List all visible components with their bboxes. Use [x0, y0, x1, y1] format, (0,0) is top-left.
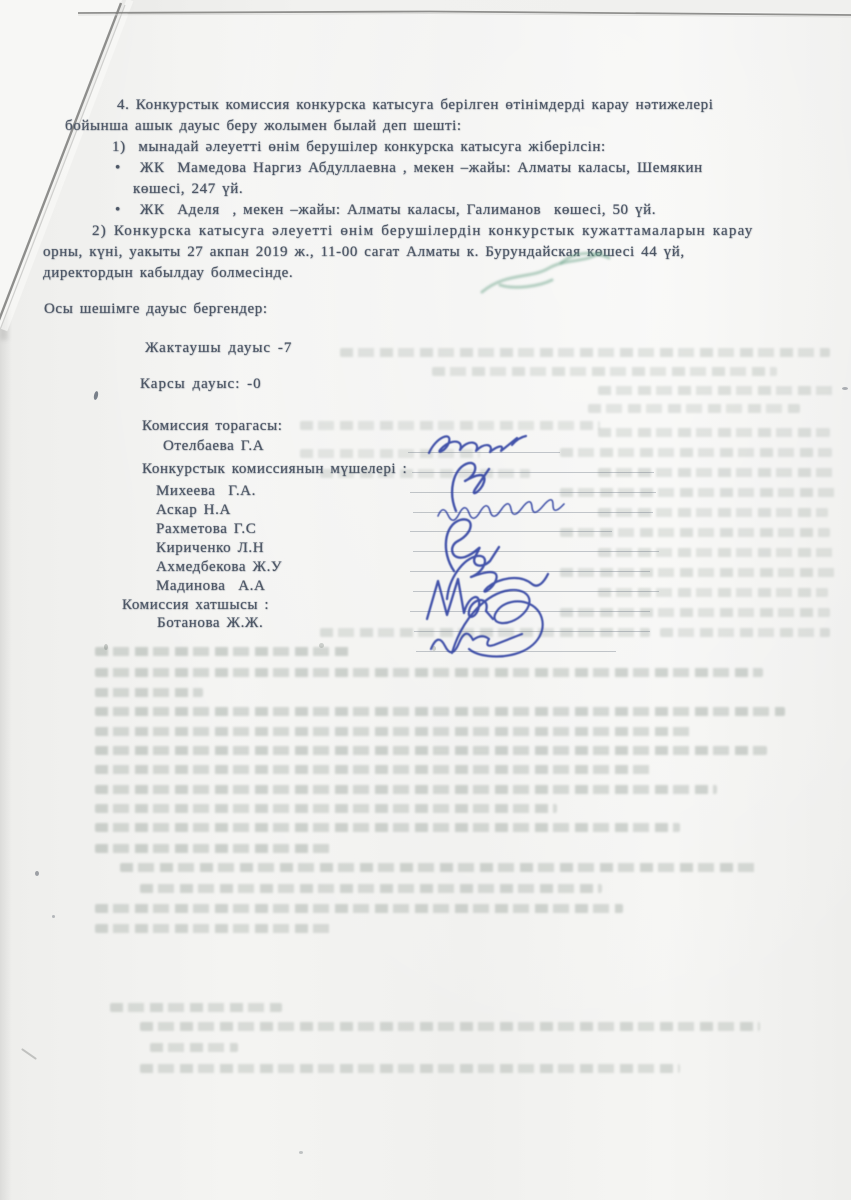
paragraph-line: 1) мынадай әлеуетті өнім берушілер конку… [112, 139, 606, 156]
bullet-supplier-line-continued: көшесі, 247 үй. [133, 181, 243, 198]
signature-rule-line [410, 571, 650, 572]
bleed-through-line [560, 608, 830, 617]
signature-rule-line [414, 631, 650, 632]
chair-name: Отелбаева Г.А [163, 438, 264, 455]
signature-member-5 [427, 579, 493, 619]
signature-rule-line [412, 472, 654, 473]
paragraph-line: директордын кабылдау болмесінде. [43, 265, 293, 282]
ink-speck [52, 915, 55, 918]
bullet-supplier-line: • ЖК Мамедова Наргиз Абдуллаевна , мекен… [115, 160, 703, 177]
signature-rule-line [410, 611, 650, 612]
bleed-through-line [95, 765, 655, 774]
bleed-through-line [150, 1043, 238, 1052]
bleed-through-line [300, 421, 600, 430]
scanned-document-page: 4. Конкурстык комиссия конкурска катысуг… [0, 0, 851, 1200]
page-top-edge-line [78, 12, 851, 16]
voting-intro: Осы шешімге дауыс бергендер: [44, 301, 268, 318]
signature-rule-line [408, 452, 560, 453]
secretary-label: Комиссия хатшысы : [122, 597, 269, 614]
member-name: Кириченко Л.Н [156, 540, 264, 557]
signature-rule-line [413, 551, 659, 552]
bleed-through-line [598, 428, 830, 437]
bleed-through-line [95, 924, 333, 933]
members-label: Конкурстык комиссиянын мүшелері : [142, 461, 407, 478]
ink-speck [299, 1151, 303, 1154]
bleed-through-line [95, 688, 203, 697]
ink-speck [842, 387, 848, 390]
ink-speck [93, 391, 99, 401]
bleed-through-line [560, 448, 832, 457]
bleed-through-line [560, 528, 830, 537]
bleed-through-line [95, 823, 680, 832]
votes-for: Жактаушы дауыс -7 [145, 340, 292, 357]
crease-line [0, 3, 121, 333]
bleed-through-line [95, 904, 623, 913]
scan-left-edge-shadow [0, 0, 12, 1200]
bleed-through-line [95, 804, 557, 813]
signature-rule-line [413, 512, 653, 513]
paragraph-line: 2) Конкурска катысуга әлеуетті өнім беру… [92, 223, 753, 240]
paragraph-line: 4. Конкурстык комиссия конкурска катысуг… [117, 97, 714, 114]
bleed-through-line [95, 707, 785, 716]
bleed-through-line [95, 746, 767, 755]
bleed-through-line [95, 727, 695, 736]
bleed-through-line [95, 844, 333, 853]
member-name: Мадинова А.А [156, 578, 265, 595]
signature-member-2 [438, 500, 564, 521]
bleed-through-line [120, 863, 760, 872]
signature-member-4 [447, 556, 548, 599]
bleed-through-line [140, 1022, 760, 1031]
bullet-supplier-line: • ЖК Аделя , мекен –жайы: Алматы каласы,… [115, 202, 656, 219]
chair-label: Комиссия торагасы: [142, 418, 283, 435]
bleed-through-line [140, 1064, 680, 1073]
bleed-through-line [140, 884, 602, 893]
member-name: Аскар Н.А [156, 502, 231, 519]
bleed-through-line [110, 1003, 282, 1012]
bleed-through-line [598, 548, 833, 557]
scratch-mark [21, 1048, 37, 1060]
page-top-edge-line-echo [78, 14, 851, 18]
votes-against: Карсы дауыс: -0 [140, 376, 262, 393]
crease-line-echo [0, 5, 125, 335]
bleed-through-line [340, 348, 830, 357]
bleed-through-line [598, 386, 833, 395]
scan-top-strip [0, 0, 851, 12]
member-name: Рахметова Г.С [156, 521, 256, 538]
bleed-speck [319, 643, 324, 648]
signature-rule-line [416, 651, 616, 652]
bleed-through-line [598, 588, 828, 597]
scan-left-edge-blotch [0, 245, 8, 340]
bleed-speck [104, 644, 108, 650]
paragraph-line: бойынша ашык дауыс беру жолымен былай де… [65, 118, 462, 135]
signature-rule-line [410, 492, 656, 493]
signature-rule-line [410, 531, 612, 532]
bleed-through-line [660, 628, 830, 637]
signature-member-6 [452, 590, 543, 657]
bleed-through-line [432, 367, 777, 376]
signature-member-3 [446, 519, 499, 571]
bleed-through-line [320, 628, 650, 637]
bleed-through-line [95, 785, 717, 794]
paragraph-line: орны, күні, уакыты 27 акпан 2019 ж., 11-… [43, 244, 685, 261]
bleed-through-line [300, 449, 480, 458]
bleed-through-line [560, 568, 835, 577]
member-name: Ахмедбекова Ж.У [156, 559, 282, 576]
bleed-through-line [95, 647, 350, 656]
member-name: Михеева Г.А. [156, 483, 256, 500]
bleed-speck [432, 646, 436, 651]
ink-speck [35, 871, 39, 876]
signature-rule-line [413, 591, 659, 592]
bleed-through-line [95, 668, 763, 677]
secretary-name: Ботанова Ж.Ж. [157, 615, 263, 632]
bleed-through-line [588, 404, 800, 413]
